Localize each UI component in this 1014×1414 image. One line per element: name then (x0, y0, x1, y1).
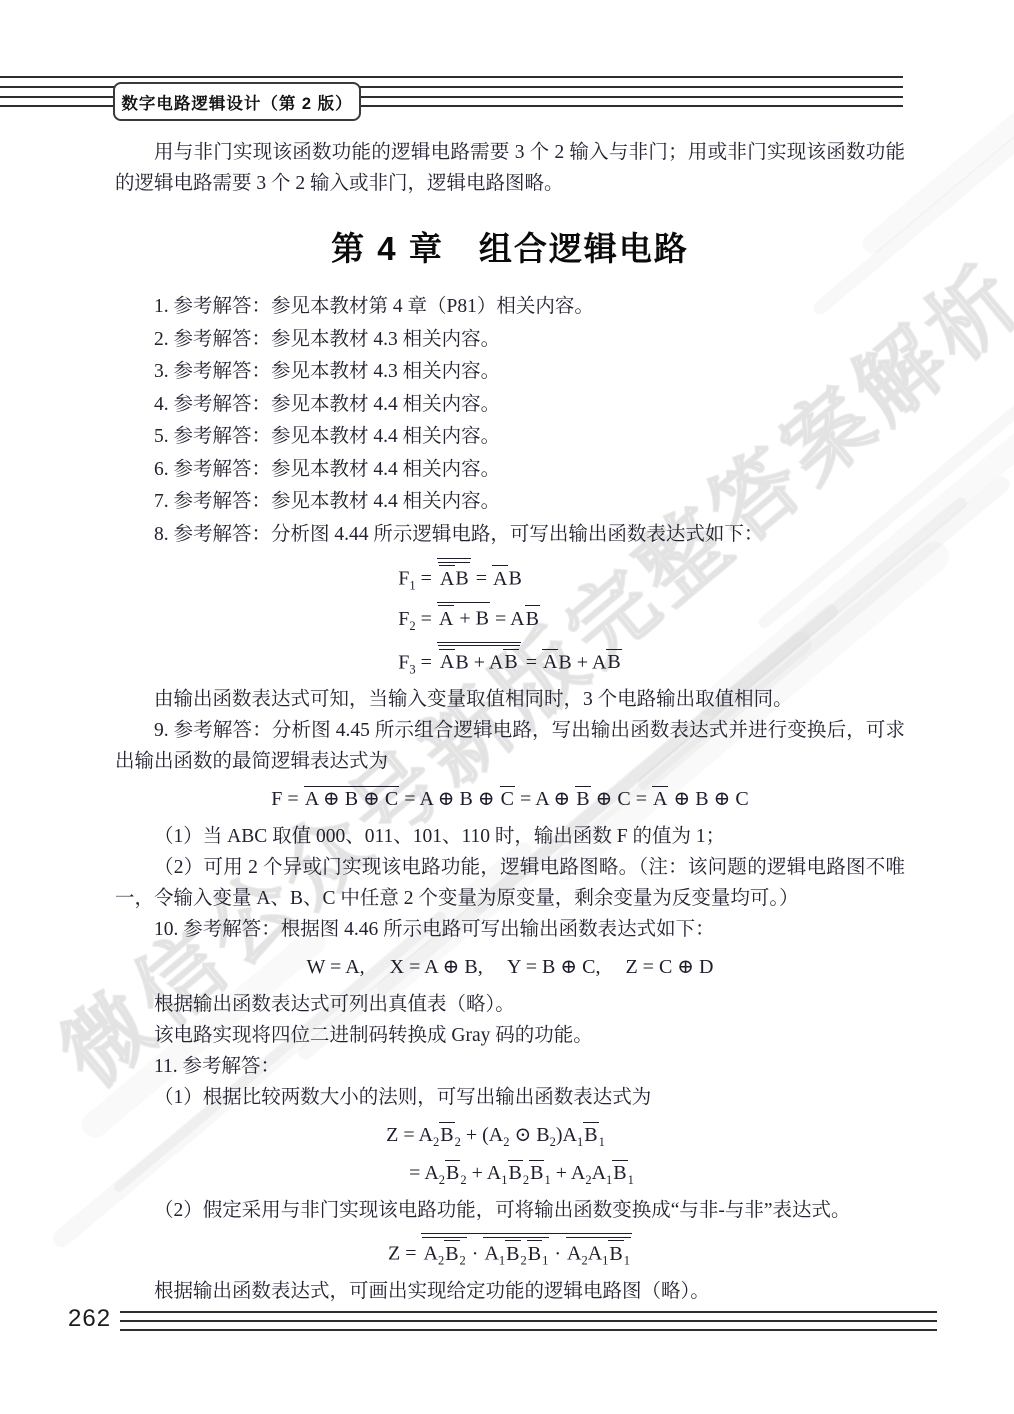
formula-block-item9: F = A ⊕ B ⊕ C = A ⊕ B ⊕ C = A ⊕ B ⊕ C = … (115, 780, 905, 818)
solution-item-1: 1. 参考解答：参见本教材第 4 章（P81）相关内容。 (115, 291, 905, 324)
solution-item-5: 5. 参考解答：参见本教材 4.4 相关内容。 (115, 421, 905, 454)
solution-item-10-note1: 根据输出函数表达式可列出真值表（略）。 (115, 989, 905, 1020)
footer-rule (120, 1311, 937, 1313)
page-footer: 262 (0, 1305, 1014, 1345)
formula-block-item10: W = A, X = A ⊕ B, Y = B ⊕ C, Z = C ⊕ D (115, 948, 905, 986)
intro-paragraph: 用与非门实现该函数功能的逻辑电路需要 3 个 2 输入与非门；用或非门实现该函数… (115, 137, 905, 199)
solution-item-3: 3. 参考解答：参见本教材 4.3 相关内容。 (115, 356, 905, 389)
solution-item-11-part1: （1）根据比较两数大小的法则，可写出输出函数表达式为 (115, 1082, 905, 1113)
formula-f10: W = A, X = A ⊕ B, Y = B ⊕ C, Z = C ⊕ D (115, 948, 905, 986)
solution-item-4: 4. 参考解答：参见本教材 4.4 相关内容。 (115, 389, 905, 422)
solution-item-7: 7. 参考解答：参见本教材 4.4 相关内容。 (115, 486, 905, 519)
solution-item-11-part2: （2）假定采用与非门实现该电路功能，可将输出函数变换成“与非-与非”表达式。 (115, 1195, 905, 1226)
formula-block-item11-2: Z = A2B2 · A1B2B1 · A2A1B1 (115, 1229, 905, 1273)
footer-rule (120, 1329, 937, 1331)
solution-item-9-part1: （1）当 ABC 取值 000、011、101、110 时，输出函数 F 的值为… (115, 821, 905, 852)
solution-item-11: 11. 参考解答： (115, 1051, 905, 1082)
formula-f3: F3 = AB + AB = AB + AB (398, 638, 622, 682)
solution-item-9: 9. 参考解答：分析图 4.45 所示组合逻辑电路，写出输出函数表达式并进行变换… (115, 715, 905, 777)
solution-item-2: 2. 参考解答：参见本教材 4.3 相关内容。 (115, 324, 905, 357)
solution-item-8-note: 由输出函数表达式可知，当输入变量取值相同时，3 个电路输出取值相同。 (115, 684, 905, 715)
solution-item-6: 6. 参考解答：参见本教材 4.4 相关内容。 (115, 454, 905, 487)
page-number: 262 (68, 1305, 111, 1333)
formula-f11c: Z = A2B2 · A1B2B1 · A2A1B1 (115, 1229, 905, 1273)
formula-block-item11-1: Z = A2B2 + (A2 ⊙ B2)A1B1 = A2B2 + A1B2B1… (115, 1116, 905, 1192)
formula-f11b: = A2B2 + A1B2B1 + A2A1B1 (386, 1154, 634, 1192)
formula-f1: F1 = AB = AB (398, 554, 622, 598)
formula-f11a: Z = A2B2 + (A2 ⊙ B2)A1B1 (386, 1116, 634, 1154)
solution-item-10-note2: 该电路实现将四位二进制码转换成 Gray 码的功能。 (115, 1020, 905, 1051)
solution-item-10: 10. 参考解答：根据图 4.46 所示电路可写出输出函数表达式如下： (115, 914, 905, 945)
book-title: 数字电路逻辑设计（第 2 版） (121, 90, 352, 114)
solution-item-8: 8. 参考解答：分析图 4.44 所示逻辑电路，可写出输出函数表达式如下： (115, 519, 905, 552)
footer-rule (120, 1320, 937, 1322)
formula-block-item8: F1 = AB = AB F2 = A + B = AB F3 = AB + A… (115, 554, 905, 681)
solution-item-11-note: 根据输出函数表达式，可画出实现给定功能的逻辑电路图（略）。 (115, 1276, 905, 1307)
book-title-box: 数字电路逻辑设计（第 2 版） (113, 82, 361, 121)
page-header: 数字电路逻辑设计（第 2 版） (0, 76, 1014, 120)
page-content: 用与非门实现该函数功能的逻辑电路需要 3 个 2 输入与非门；用或非门实现该函数… (115, 137, 905, 1307)
header-rule (0, 76, 903, 78)
book-page: 微信公众号新版完整答案解析 数字电路逻辑设计（第 2 版） 用与非门实现该函数功… (0, 0, 1014, 1414)
formula-f9: F = A ⊕ B ⊕ C = A ⊕ B ⊕ C = A ⊕ B ⊕ C = … (115, 780, 905, 818)
formula-f2: F2 = A + B = AB (398, 598, 622, 638)
chapter-title: 第 4 章 组合逻辑电路 (115, 229, 905, 269)
solution-item-9-part2: （2）可用 2 个异或门实现该电路功能，逻辑电路图略。（注：该问题的逻辑电路图不… (115, 852, 905, 914)
